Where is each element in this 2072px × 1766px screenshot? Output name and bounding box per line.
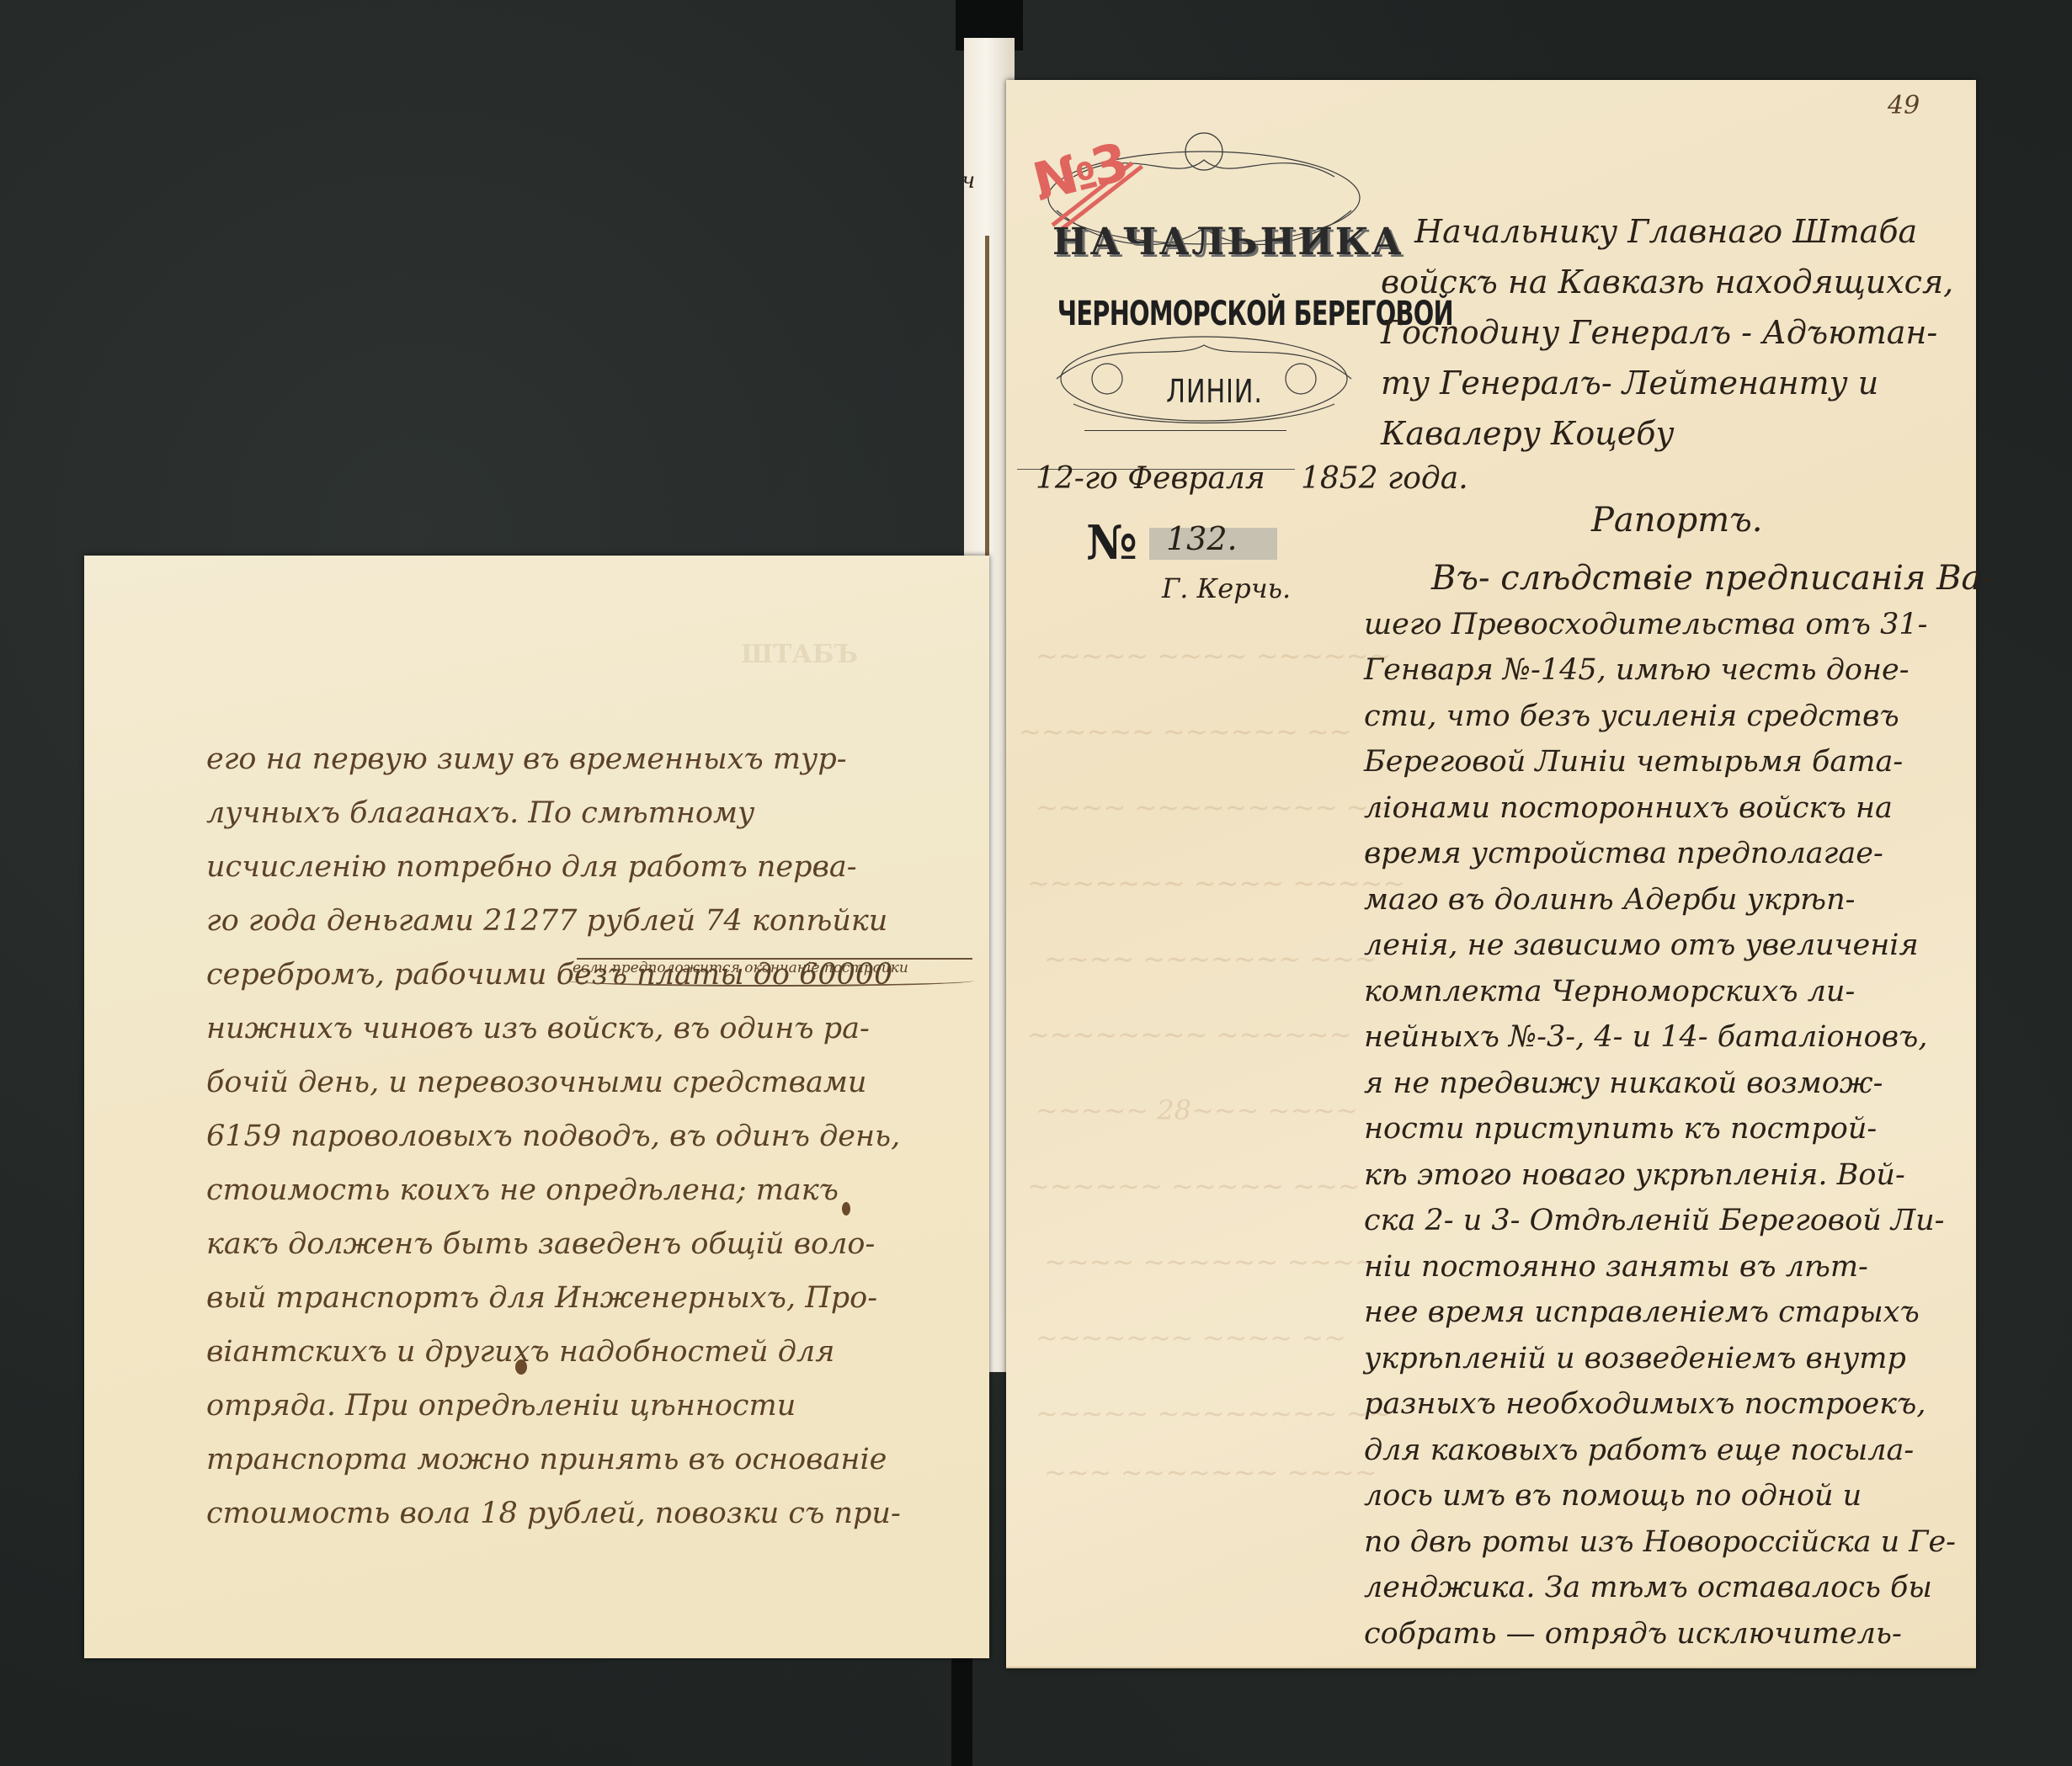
- note-brace: [566, 975, 974, 987]
- left-line: исчисленію потребно для работъ перва-: [206, 840, 981, 894]
- folio-number: 49: [1888, 91, 1920, 120]
- letterhead-line3: ЛИНІИ.: [1085, 373, 1345, 410]
- bleed-through-text: ~~~~~ 28~~~ ~~~~: [1036, 1094, 1358, 1126]
- body-line: ліонами постороннихъ войскъ на: [1364, 785, 1970, 832]
- document-year: 1852 года.: [1301, 461, 1468, 496]
- body-line: ска 2- и 3- Отдѣленій Береговой Ли-: [1364, 1198, 1970, 1244]
- body-line: собрать — отрядъ исключитель-: [1364, 1611, 1970, 1657]
- document-number: 132.: [1166, 520, 1238, 557]
- left-line: бочій день, и перевозочными средствами: [206, 1056, 981, 1109]
- addressee-block: Начальнику Главнаго Штаба войскъ на Кавк…: [1381, 206, 1953, 459]
- bleed-through-letterhead: ШТАБЪ: [741, 640, 858, 669]
- body-line: Береговой Линіи четырьмя бата-: [1364, 739, 1970, 785]
- letterhead-subtitle: ЧЕРНОМОРСКОЙ БЕРЕГОВОЙ: [1057, 295, 1342, 333]
- bleed-through-text: ~~~~ ~~~~~~~ ~~~: [1044, 943, 1377, 975]
- ink-blot: [515, 1359, 527, 1375]
- left-line: віантскихъ и другихъ надобностей для: [206, 1325, 981, 1379]
- interlinear-note: если предположится окончаніе постройки: [573, 960, 908, 976]
- addressee-line: ту Генералъ- Лейтенанту и: [1381, 358, 1953, 408]
- left-line: какъ долженъ быть заведенъ общій воло-: [206, 1217, 981, 1271]
- binding-gap-bottom: [951, 1658, 972, 1766]
- spine-edge-fragment: ч: [961, 168, 975, 194]
- body-line: лось имъ въ помощь по одной и: [1364, 1473, 1970, 1519]
- body-line: нее время исправленіемъ старыхъ: [1364, 1290, 1970, 1336]
- bleed-through-text: ~~~~ ~~~~~~~~~ ~~~: [1036, 791, 1414, 823]
- left-line: стоимость коихъ не опредѣлена; такъ: [206, 1163, 981, 1217]
- left-line: стоимость вола 18 рублей, повозки съ при…: [206, 1487, 981, 1540]
- body-line: комплекта Черноморскихъ ли-: [1364, 969, 1970, 1015]
- bleed-through-text: ~~~~~ ~~~~ ~~~~~~: [1036, 640, 1392, 672]
- addressee-line: Кавалеру Коцебу: [1381, 408, 1953, 459]
- body-line: сти, что безъ усиленія средствъ: [1364, 694, 1970, 740]
- bleed-through-text: ~~~~~~~ ~~~~ ~~~~~: [1027, 867, 1405, 899]
- report-title: Рапортъ.: [1591, 501, 1763, 540]
- body-line: маго въ долинѣ Адерби укрѣп-: [1364, 877, 1970, 923]
- left-line: транспорта можно принять въ основаніе: [206, 1433, 981, 1487]
- left-line: вый транспортъ для Инженерныхъ, Про-: [206, 1271, 981, 1325]
- bleed-through-text: ~~~~~~ ~~~~~ ~~~: [1027, 1170, 1361, 1202]
- body-line: по двѣ роты изъ Новороссійска и Ге-: [1364, 1519, 1970, 1566]
- bleed-through-text: ~~~~ ~~~~~~ ~~~~~: [1044, 1246, 1400, 1278]
- report-body: Въ- слѣдствіе предписанія Ва- шего Прево…: [1364, 556, 1970, 1657]
- body-line: время устройства предполагае-: [1364, 831, 1970, 877]
- office-location: Г. Керчь.: [1162, 572, 1291, 604]
- left-line: нижнихъ чиновъ изъ войскъ, въ одинъ ра-: [206, 1002, 981, 1056]
- body-line: укрѣпленій и возведеніемъ внутр: [1364, 1336, 1970, 1382]
- letterhead-rule: [1084, 430, 1286, 431]
- letterhead-title: НАЧАЛЬНИКА: [1052, 221, 1377, 263]
- addressee-line: войскъ на Кавказѣ находящихся,: [1381, 257, 1953, 307]
- body-line: для каковыхъ работъ еще посыла-: [1364, 1428, 1970, 1474]
- left-line: его на первую зиму въ временныхъ тур-: [206, 732, 981, 786]
- body-line: разныхъ необходимыхъ построекъ,: [1364, 1381, 1970, 1428]
- bleed-through-text: ~~~~~~~~ ~~~~~~: [1027, 1019, 1352, 1051]
- body-line: ленджика. За тѣмъ оставалось бы: [1364, 1565, 1970, 1611]
- body-line: кѣ этого новаго укрѣпленія. Вой-: [1364, 1152, 1970, 1199]
- addressee-line: Господину Генералъ - Адъютан-: [1381, 307, 1953, 358]
- left-line: го года деньгами 21277 рублей 74 копѣйки: [206, 894, 981, 948]
- number-sign: №: [1086, 515, 1137, 571]
- body-line: нейныхъ №-3-, 4- и 14- баталіоновъ,: [1364, 1014, 1970, 1061]
- bleed-through-text: ~~~~~~~ ~~~~ ~~: [1036, 1322, 1346, 1354]
- body-line: Генваря №-145, имѣю честь доне-: [1364, 647, 1970, 694]
- bleed-through-text: ~~~ ~~~~~~~ ~~~~: [1044, 1456, 1377, 1488]
- bleed-through-text: ~~~~~ ~~~~~~~~ ~~: [1036, 1397, 1392, 1429]
- body-line: ности приступить къ построй-: [1364, 1106, 1970, 1152]
- left-page-text: его на первую зиму въ временныхъ тур- лу…: [206, 732, 981, 1540]
- addressee-line: Начальнику Главнаго Штаба: [1381, 206, 1953, 257]
- ink-blot: [842, 1202, 850, 1215]
- bleed-through-text: ~~~~~~ ~~~~~~ ~~: [1019, 715, 1352, 747]
- body-line: ленія, не зависимо отъ увеличенія: [1364, 923, 1970, 969]
- body-line: шего Превосходительства отъ 31-: [1364, 602, 1970, 648]
- body-line: ніи постоянно заняты въ лѣт-: [1364, 1244, 1970, 1290]
- left-line: 6159 пароволовыхъ подводъ, въ одинъ день…: [206, 1109, 981, 1163]
- left-line: лучныхъ благанахъ. По смѣтному: [206, 786, 981, 840]
- left-line: отряда. При опредѣленіи цѣнности: [206, 1379, 981, 1433]
- body-line: Въ- слѣдствіе предписанія Ва-: [1364, 556, 1970, 602]
- document-date: 12-го Февраля: [1036, 461, 1265, 496]
- body-line: я не предвижу никакой возмож-: [1364, 1061, 1970, 1107]
